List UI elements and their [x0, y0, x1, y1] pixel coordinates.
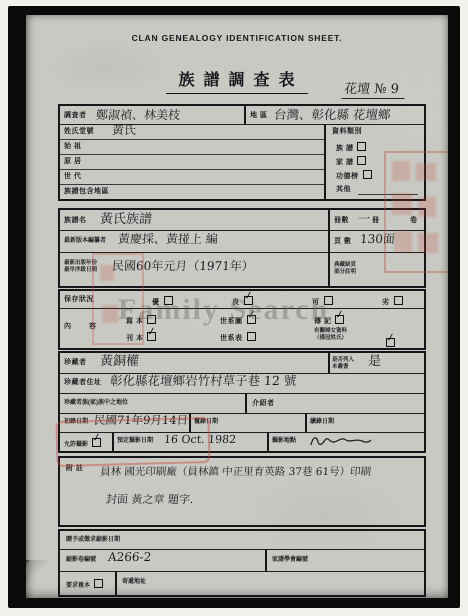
form-title-text: 族譜調查表 [166, 67, 307, 94]
owner-address-label: 珍藏者住址 [64, 379, 102, 387]
women-info-check-wrap [382, 333, 395, 351]
sheet-english-title: CLAN GENEALOGY IDENTIFICATION SHEET. [26, 33, 448, 43]
first-record-date-value: 民國71年9月14日 [94, 414, 189, 426]
condition-fair: 可 [312, 296, 333, 307]
section6-table: 贈予或徵求縮影日期 縮影卷編號 A266-2 家譜學會編號 要求複本 寄遞地址 [58, 529, 426, 597]
introducer-label: 介紹者 [252, 400, 275, 408]
merit-board-checkbox [363, 170, 372, 179]
section3-table: 保存狀況 優 良 可 劣 內 容 寫 本 刊 本 世系圖 世系表 傳 記 有關婦… [58, 289, 426, 350]
photo-location-scribble [308, 433, 372, 449]
condition-good: 良 [232, 296, 253, 307]
microfilm-black-frame: CLAN GENEALOGY IDENTIFICATION SHEET. 族譜調… [8, 6, 460, 608]
condition-excellent: 優 [152, 296, 173, 307]
sheet-number-handwritten: 花壇 № 9 [341, 83, 405, 99]
condition-poor: 劣 [382, 296, 403, 307]
volumes-value: 一 [358, 213, 371, 226]
notes-line2: 封面 黃之章 題字. [106, 494, 194, 506]
clan-genealogy-checkbox [357, 142, 366, 151]
surname-hall-label: 姓氏堂號 [64, 128, 94, 136]
generations-label: 世 代 [64, 173, 81, 181]
publish-year-value: 民國60年元月（1971年） [112, 260, 255, 273]
photo-permission-checkbox [92, 438, 101, 447]
photo-permission: 允許攝影 [64, 438, 101, 450]
section4-table: 珍藏者 黃銅權 是否列入本叢書 是 珍藏者住址 彰化縣花壇鄉岩竹村草子巷 12 … [58, 351, 426, 453]
publish-year-label: 最新出版年份最早序跋日期 [64, 260, 97, 274]
listed-in-series-label: 是否列入本叢書 [332, 357, 354, 371]
listed-in-series-value: 是 [368, 355, 382, 369]
surveyor-value: 鄭淑禎、林美枝 [96, 109, 181, 122]
area-value: 台灣、彰化縣 花壇鄉 [274, 108, 391, 121]
condition-excellent-checkbox [164, 296, 173, 305]
owner-address-value: 彰化縣花壇鄉岩竹村草子巷 12 號 [110, 374, 297, 387]
owner-label: 珍藏者 [64, 359, 87, 367]
missing-pages-label: 典藏缺頁部分註明 [334, 262, 356, 276]
area-label: 地 區 [250, 112, 267, 120]
notes-label: 附 註 [66, 465, 83, 473]
first-record-date-label: 初錄日期 [64, 419, 88, 427]
printed-checkbox [147, 332, 156, 341]
pedigree-table-checkbox [247, 332, 256, 341]
owner-value: 黃銅權 [100, 355, 140, 369]
photo-date-value: 16 Oct. 1982 [164, 434, 237, 446]
photo-location-label: 攝影地點 [272, 438, 296, 446]
coverage-area-label: 族譜包含地區 [64, 188, 109, 196]
genealogy-title-value: 黃氏族譜 [100, 213, 153, 227]
continue-date-label: 續錄日期 [310, 419, 334, 427]
microfilm-gift-date-label: 贈予或徵求縮影日期 [66, 537, 120, 545]
request-copy-checkbox [94, 579, 103, 588]
volumes-label: 冊數 [334, 217, 349, 225]
biography-checkbox [335, 315, 344, 324]
women-info-checkbox [386, 338, 395, 347]
section2-table: 族譜名 黃氏族譜 冊數 一 冊 卷 最新版本編纂者 黃慶採、黃掽上 編 頁 數 … [58, 208, 426, 288]
condition-good-checkbox [244, 296, 253, 305]
notes-line1: 員林 國光印刷廠（員林鎮 中正里育英路 37巷 61号）印刷 [100, 467, 372, 478]
request-copy: 要求複本 [66, 579, 103, 591]
pages-label: 頁 數 [334, 238, 351, 246]
volume-unit: 冊 [372, 217, 380, 225]
first-ancestor-label: 始 祖 [64, 143, 81, 151]
content-printed: 刊 本 [126, 332, 156, 343]
clan-position-label: 珍藏者族(家)族中之地位 [64, 400, 128, 408]
content-pedigree-chart: 世系圖 [220, 315, 256, 326]
condition-label: 保存狀況 [64, 296, 94, 304]
content-women-info: 有關婦女資料（僅冠姓氏） [314, 328, 347, 342]
condition-fair-checkbox [324, 296, 333, 305]
section1-table: 調查者 鄭淑禎、林美枝 地 區 台灣、彰化縣 花壇鄉 姓氏堂號 黃氏 始 祖 原… [58, 104, 426, 201]
compiler-value: 黃慶採、黃掽上 編 [118, 233, 219, 246]
category-family-genealogy: 家 譜 [336, 156, 366, 167]
content-label: 內 容 [64, 323, 104, 331]
film-roll-number-value: A266-2 [108, 551, 152, 564]
section5-notes-table: 附 註 員林 國光印刷廠（員林鎮 中正里育英路 37巷 61号）印刷 封面 黃之… [58, 456, 426, 527]
pedigree-chart-checkbox [247, 315, 256, 324]
compiler-label: 最新版本編纂者 [64, 238, 106, 246]
genealogy-title-label: 族譜名 [64, 217, 87, 225]
mailing-address-label: 寄遞地址 [122, 579, 146, 587]
category-merit-board: 功德榜 [336, 170, 372, 181]
film-roll-number-label: 縮影卷編號 [66, 557, 96, 565]
genealogical-society-number-label: 家譜學會編號 [272, 557, 308, 565]
photo-date-label: 預定攝影日期 [117, 438, 153, 446]
surname-hall-value: 黃氏 [112, 124, 137, 137]
condition-poor-checkbox [394, 296, 403, 305]
surveyor-label: 調查者 [64, 112, 87, 120]
review-date-label: 覆錄日期 [194, 419, 218, 427]
manuscript-checkbox [147, 315, 156, 324]
category-clan-genealogy: 族 譜 [336, 142, 366, 153]
pages-value: 130面 [360, 233, 396, 246]
scanned-form-page: CLAN GENEALOGY IDENTIFICATION SHEET. 族譜調… [26, 15, 448, 598]
content-pedigree-table: 世系表 [220, 332, 256, 343]
family-genealogy-checkbox [357, 156, 366, 165]
scroll-unit: 卷 [410, 217, 418, 225]
category-header: 資料類別 [332, 128, 362, 136]
category-other-label: 其他 [336, 186, 351, 194]
content-biography: 傳 記 [314, 315, 344, 326]
origin-label: 原 居 [64, 158, 81, 166]
